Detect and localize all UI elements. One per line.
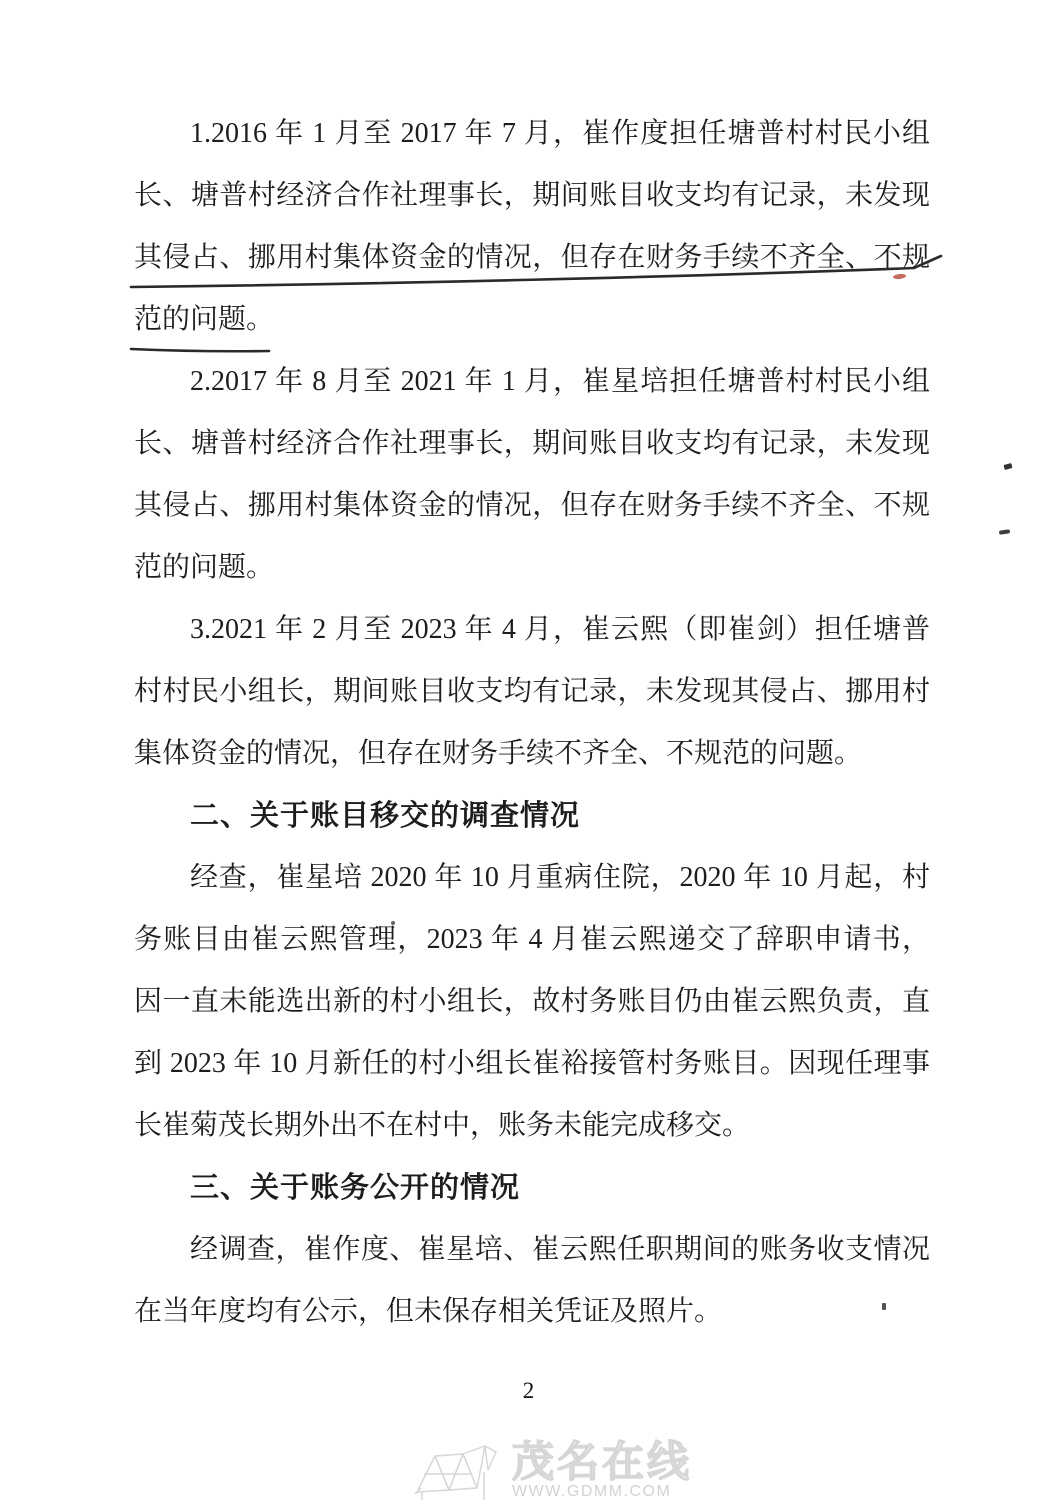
watermark-url: WWW.GDMM.COM	[512, 1483, 692, 1500]
page-number: 2	[0, 1378, 1058, 1404]
text-line: 1.2016 年 1 月至 2017 年 7 月，崔作度担任塘普村村民小组	[134, 103, 930, 165]
text-line: 2.2017 年 8 月至 2021 年 1 月，崔星培担任塘普村村民小组	[134, 351, 930, 413]
text-line: 长、塘普村经济合作社理事长，期间账目收支均有记录，未发现	[134, 165, 930, 227]
scan-speck	[391, 921, 395, 925]
text-line: 其侵占、挪用村集体资金的情况，但存在财务手续不齐全、不规	[134, 227, 930, 289]
text-line: 务账目由崔云熙管理，2023 年 4 月崔云熙递交了辞职申请书，	[134, 909, 930, 971]
text-line: 长崔菊茂长期外出不在村中，账务未能完成移交。	[134, 1095, 930, 1157]
text-line: 其侵占、挪用村集体资金的情况，但存在财务手续不齐全、不规	[134, 475, 930, 537]
text-line: 范的问题。	[134, 537, 930, 599]
text-line: 到 2023 年 10 月新任的村小组长崔裕接管村务账目。因现任理事	[134, 1033, 930, 1095]
text-line: 长、塘普村经济合作社理事长，期间账目收支均有记录，未发现	[134, 413, 930, 475]
text-line: 村村民小组长，期间账目收支均有记录，未发现其侵占、挪用村	[134, 661, 930, 723]
section-heading: 二、关于账目移交的调查情况	[134, 785, 930, 847]
text-line: 范的问题。	[134, 289, 930, 351]
text-line: 在当年度均有公示，但未保存相关凭证及照片。	[134, 1281, 930, 1343]
watermark-text: 茂名在线 WWW.GDMM.COM	[512, 1442, 692, 1500]
scan-speck	[1003, 463, 1012, 470]
text-line: 经查，崔星培 2020 年 10 月重病住院，2020 年 10 月起，村	[134, 847, 930, 909]
watermark-logo-icon	[414, 1442, 502, 1500]
watermark-title: 茂名在线	[512, 1442, 692, 1482]
document-body: 1.2016 年 1 月至 2017 年 7 月，崔作度担任塘普村村民小组长、塘…	[134, 103, 930, 1343]
document-page: 1.2016 年 1 月至 2017 年 7 月，崔作度担任塘普村村民小组长、塘…	[0, 0, 1058, 1500]
text-line: 3.2021 年 2 月至 2023 年 4 月，崔云熙（即崔剑）担任塘普	[134, 599, 930, 661]
text-line: 因一直未能选出新的村小组长，故村务账目仍由崔云熙负责，直	[134, 971, 930, 1033]
text-line: 经调查，崔作度、崔星培、崔云熙任职期间的账务收支情况	[134, 1219, 930, 1281]
scan-speck	[882, 1303, 886, 1310]
section-heading: 三、关于账务公开的情况	[134, 1157, 930, 1219]
scan-speck	[999, 529, 1010, 534]
text-line: 集体资金的情况，但存在财务手续不齐全、不规范的问题。	[134, 723, 930, 785]
watermark: 茂名在线 WWW.GDMM.COM	[414, 1442, 692, 1500]
